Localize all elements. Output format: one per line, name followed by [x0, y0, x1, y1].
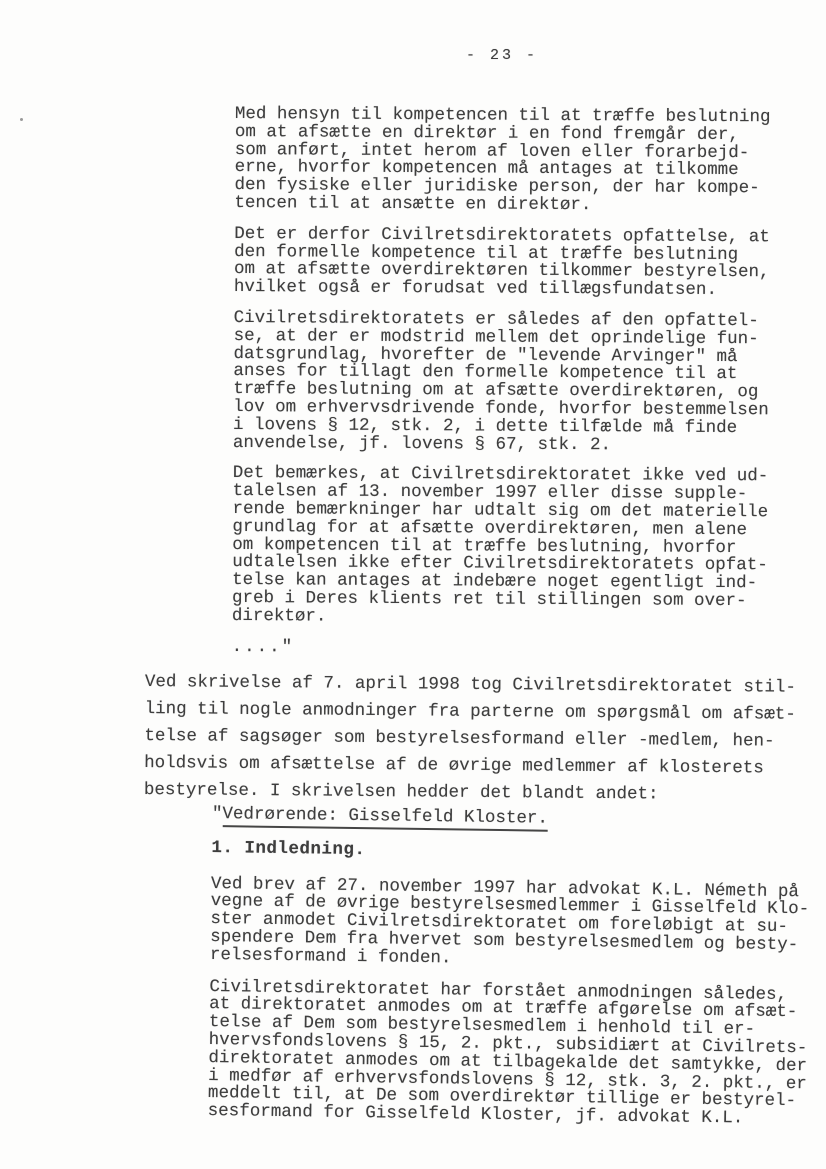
- scanned-document-page: - 23 - Med hensyn til kompetencen til at…: [0, 0, 826, 1169]
- letter-subject-heading: Vedrørende: Gisselfeld Kloster.: [222, 804, 548, 832]
- open-quote-mark: ": [212, 804, 223, 824]
- quote-closing-marks: ....": [232, 639, 823, 660]
- page-content: Med hensyn til kompetencen til at træffe…: [0, 0, 826, 1121]
- narrative-paragraph: Ved skrivelse af 7. april 1998 tog Civil…: [144, 669, 826, 810]
- quoted-paragraph-1: Med hensyn til kompetencen til at træffe…: [234, 106, 826, 216]
- letter-section-heading: 1. Indledning.: [211, 840, 825, 866]
- letter-paragraph-2: Civilretsdirektoratet har forstået anmod…: [208, 979, 824, 1130]
- quoted-statement-block: Med hensyn til kompetencen til at træffe…: [232, 106, 826, 660]
- letter-paragraph-1: Ved brev af 27. november 1997 har advoka…: [210, 876, 825, 974]
- letter-subject-line: "Vedrørende: Gisselfeld Kloster.: [212, 806, 826, 832]
- quoted-paragraph-3: Civilretsdirektoratets er således af den…: [233, 310, 825, 456]
- quoted-paragraph-4: Det bemærkes, at Civilretsdirektoratet i…: [232, 465, 824, 629]
- quoted-paragraph-2: Det er derfor Civilretsdirektoratets opf…: [234, 226, 825, 301]
- quoted-letter-block: "Vedrørende: Gisselfeld Kloster. 1. Indl…: [208, 806, 826, 1129]
